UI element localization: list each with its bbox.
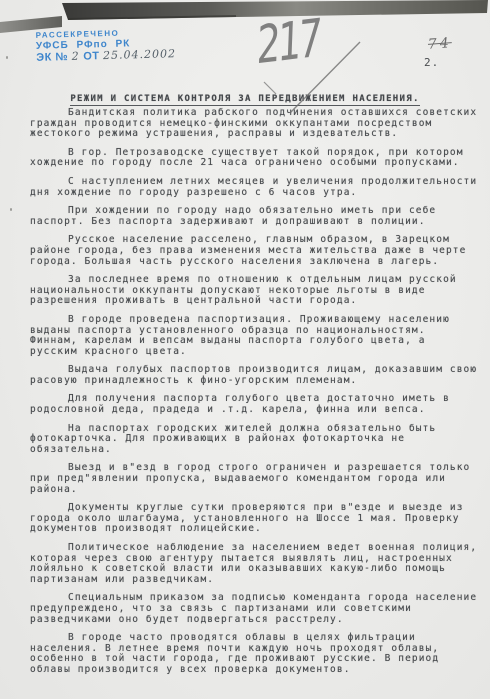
scan-speck (6, 56, 8, 59)
paragraph: Выдача голубых паспортов производится ли… (30, 365, 478, 386)
page-number: 2. (424, 56, 439, 69)
paragraph: В городе проведена паспортизация. Прожив… (30, 315, 478, 357)
stamp-handwritten-date: 25.04.2002 (103, 47, 176, 62)
paragraph: Специальным приказом за подписью коменда… (30, 593, 478, 625)
stamp-line-3: ЭК № 2 ОТ 25.04.2002 (36, 48, 176, 64)
scan-speck (10, 208, 12, 211)
declassification-stamp: РАССЕКРЕЧЕНО УФСБ РФпо РК ЭК № 2 ОТ 25.0… (36, 28, 177, 64)
handwritten-archive-number: 217 (256, 8, 321, 76)
paragraph: В городе часто проводятся облавы в целях… (30, 633, 478, 675)
document-title-row: РЕЖИМ И СИСТЕМА КОНТРОЛЯ ЗА ПЕРЕДВИЖЕНИЕ… (0, 86, 490, 105)
paragraph: С наступлением летних месяцев и увеличен… (30, 177, 478, 198)
paragraph: На паспортах городских жителей должна об… (30, 424, 478, 456)
paragraph: Для получения паспорта голубого цвета до… (30, 394, 478, 415)
paragraph: Документы круглые сутки проверяются при … (30, 503, 478, 535)
stamp-handwritten-number: 2 (72, 49, 80, 62)
stamp-ot-label: ОТ (83, 50, 100, 62)
scanned-document-page: РАССЕКРЕЧЕНО УФСБ РФпо РК ЭК № 2 ОТ 25.0… (0, 0, 490, 699)
paragraph: За последнее время по отношению к отдель… (30, 275, 478, 307)
stamp-ek-label: ЭК № (36, 51, 68, 64)
paragraph: Выезд и в"езд в город строго ограничен и… (30, 463, 478, 495)
paragraph: Политическое наблюдение за населением ве… (30, 543, 478, 585)
document-body: Бандитская политика рабского подчинения … (30, 108, 478, 684)
paragraph: Бандитская политика рабского подчинения … (30, 108, 478, 140)
crossed-out-number: 74 (419, 35, 460, 54)
paragraph: При хождении по городу надо обязательно … (30, 206, 478, 227)
paragraph: В гор. Петрозаводске существует такой по… (30, 148, 478, 169)
paragraph: Русское население расселено, главным обр… (30, 235, 478, 267)
document-title: РЕЖИМ И СИСТЕМА КОНТРОЛЯ ЗА ПЕРЕДВИЖЕНИЕ… (70, 94, 419, 106)
